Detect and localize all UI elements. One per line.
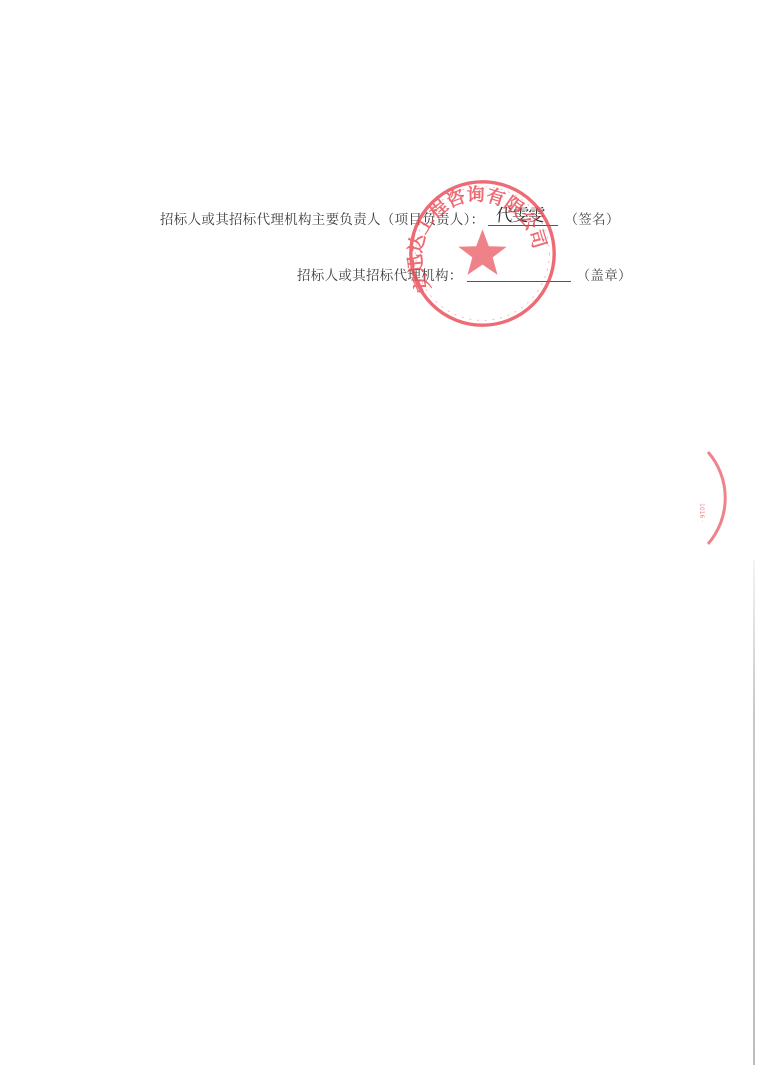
signature-line: 招标人或其招标代理机构主要负责人（项目负责人）： 代雯雯 （签名）: [160, 205, 620, 228]
signature-suffix: （签名）: [564, 208, 619, 228]
seal-suffix: （盖章）: [577, 264, 632, 284]
svg-text:1016 ·: 1016 ·: [698, 503, 705, 522]
page-edge-line: [753, 560, 755, 1065]
handwritten-signature: 代雯雯: [495, 201, 546, 226]
seal-field: [467, 267, 571, 282]
company-seal-stamp: 安迅达工程咨询有限公司: [405, 176, 560, 331]
signature-label: 招标人或其招标代理机构主要负责人（项目负责人）：: [160, 208, 484, 228]
partial-seal-stamp: 1016 ·: [690, 448, 740, 548]
seal-line: 招标人或其招标代理机构： （盖章）: [297, 264, 632, 284]
signature-field: 代雯雯: [488, 205, 558, 226]
seal-label: 招标人或其招标代理机构：: [297, 264, 463, 284]
